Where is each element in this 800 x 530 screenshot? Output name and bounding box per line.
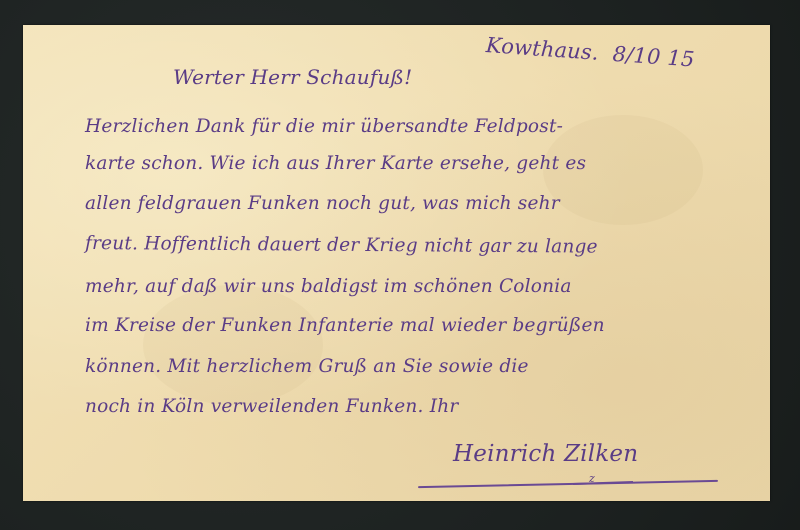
date: 8/10 15: [612, 42, 695, 72]
body-line: freut. Hoffentlich dauert der Krieg nich…: [85, 235, 598, 257]
postcard: Kowthaus.8/10 15 Werter Herr Schaufuß! H…: [23, 25, 770, 501]
body-line: im Kreise der Funken Infanterie mal wied…: [85, 317, 605, 336]
signature: Heinrich Zilken: [453, 443, 638, 466]
body-line: noch in Köln verweilenden Funken. Ihr: [85, 398, 458, 417]
salutation: Werter Herr Schaufuß!: [173, 67, 412, 87]
body-line: mehr, auf daß wir uns baldigst im schöne…: [85, 278, 572, 297]
scan-background: Kowthaus.8/10 15 Werter Herr Schaufuß! H…: [0, 0, 800, 530]
body-line: karte schon. Wie ich aus Ihrer Karte ers…: [85, 155, 586, 174]
body-line: Herzlichen Dank für die mir übersandte F…: [85, 118, 563, 137]
body-line: können. Mit herzlichem Gruß an Sie sowie…: [85, 358, 529, 377]
signature-underline: [418, 480, 718, 488]
body-line: allen feldgrauen Funken noch gut, was mi…: [85, 195, 560, 214]
place-date-header: Kowthaus.8/10 15: [485, 35, 695, 71]
place-name: Kowthaus.: [485, 33, 599, 65]
paper-stain: [143, 285, 323, 405]
signature-mark: z: [589, 472, 595, 485]
